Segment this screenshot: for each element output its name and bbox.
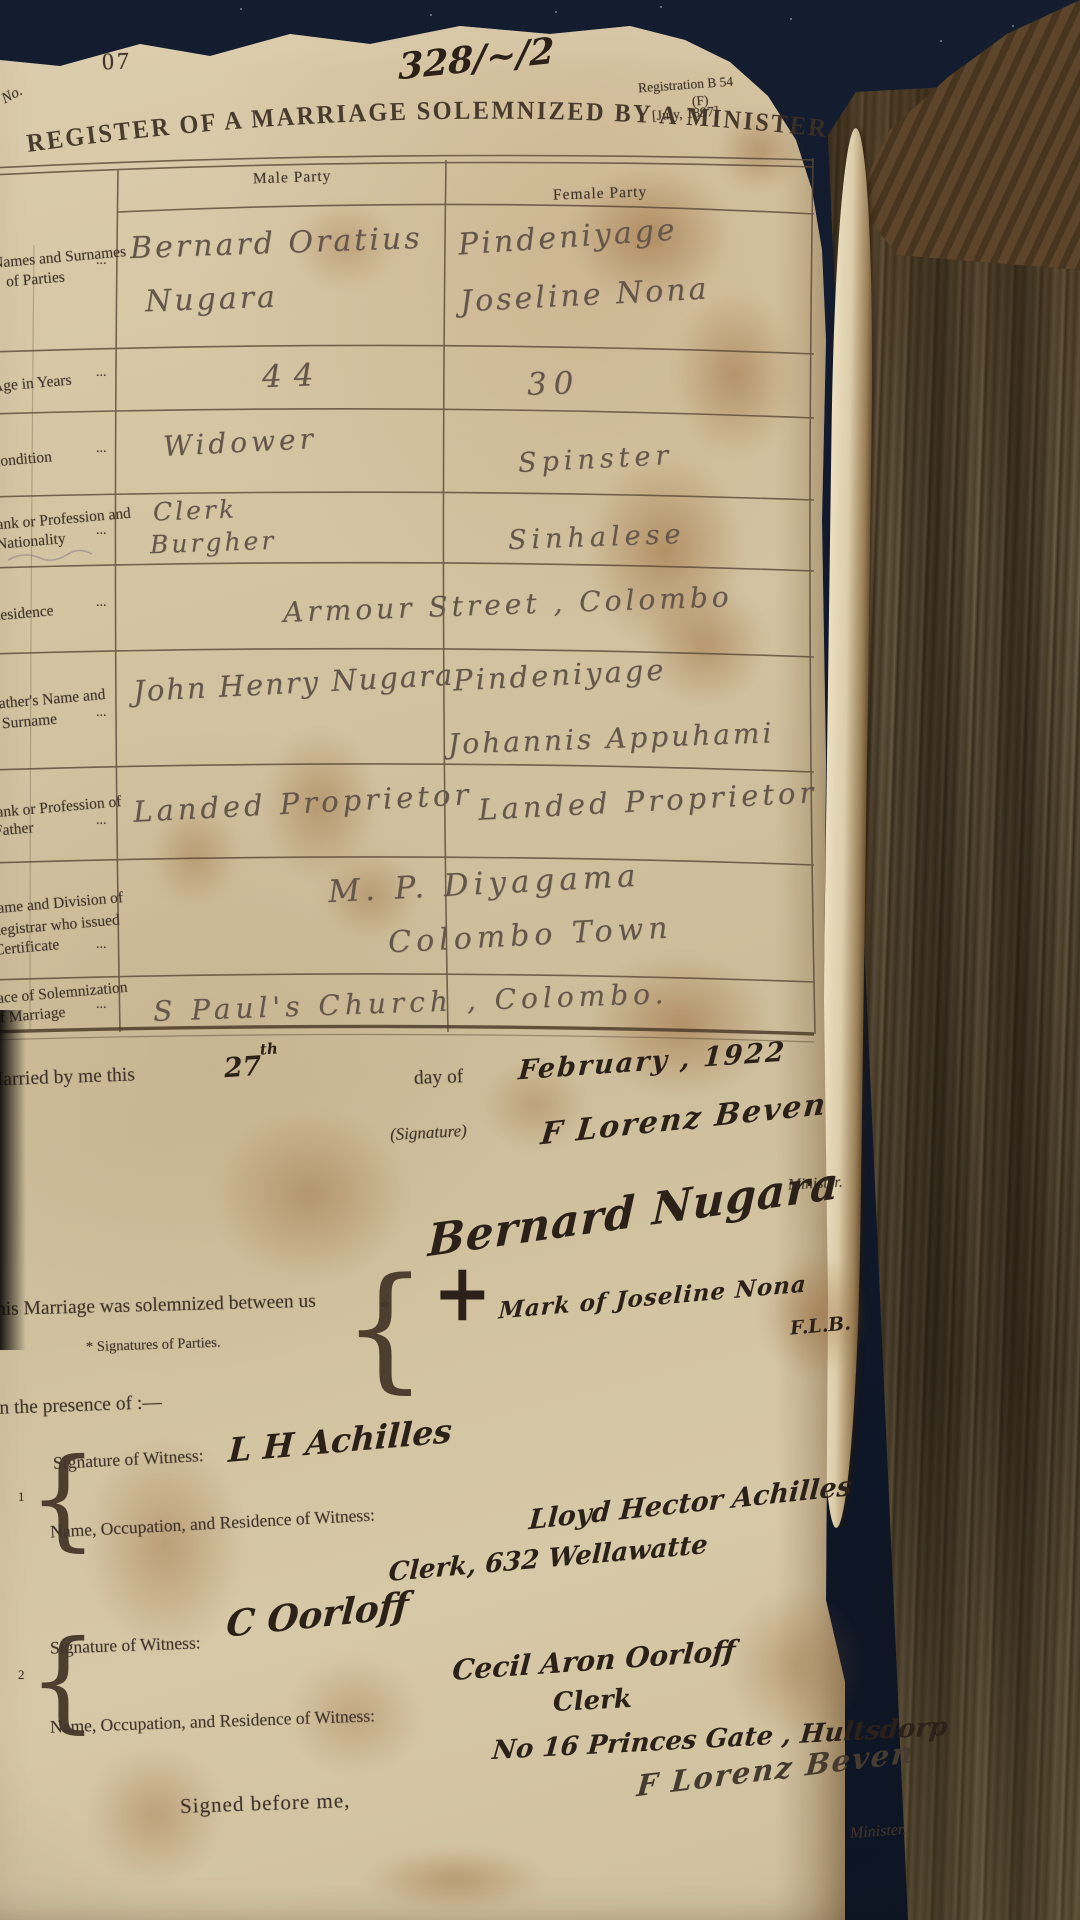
row-label-dots: ...	[96, 814, 107, 829]
dust-speck	[660, 6, 662, 8]
cell-male-name-line2: Nugara	[144, 282, 278, 318]
dust-speck	[430, 14, 432, 16]
cell-male-rank-line2: Burgher	[150, 528, 277, 559]
witness2-details-line1-handwritten: Clerk	[552, 1686, 632, 1718]
cell-female-nationality: Sinhalese	[508, 521, 686, 556]
witness1-number: 1	[18, 1490, 25, 1504]
witness2-number: 2	[18, 1668, 25, 1682]
book-cover-torn-corner	[855, 0, 1080, 270]
row-label-dots: ...	[96, 254, 107, 269]
parties-brace: {	[342, 1248, 428, 1408]
gutter-shadow	[0, 1010, 26, 1350]
column-header-male-party: Male Party	[253, 169, 332, 188]
day-suffix-handwritten: th	[259, 1041, 278, 1058]
bride-mark-cross: +	[433, 1250, 492, 1335]
cell-male-condition: Widower	[162, 424, 317, 462]
witness1-brace: {	[28, 1428, 98, 1568]
cell-male-rank-line1: Clerk	[153, 497, 238, 526]
dust-speck	[240, 8, 242, 10]
photo-of-marriage-register: REGISTER OF A MARRIAGE SOLEMNIZED BY A M…	[0, 0, 1080, 1920]
dust-speck	[940, 40, 942, 42]
page-number: 07	[102, 49, 133, 75]
row-label-dots: ...	[96, 596, 107, 611]
row-label-dots: ...	[96, 998, 107, 1013]
solemnized-asterisk: *	[380, 1298, 390, 1319]
dust-speck	[555, 11, 557, 13]
column-header-female-party: Female Party	[553, 184, 648, 204]
register-page	[0, 0, 845, 1920]
day-value-handwritten: 27	[223, 1053, 262, 1084]
day-of-text: day of	[414, 1067, 464, 1089]
row-label-dots: ...	[96, 938, 107, 953]
dust-speck	[1012, 25, 1014, 27]
cell-male-age: 44	[261, 359, 326, 394]
row-label-dots: ...	[96, 706, 107, 721]
row-label-dots: ...	[96, 366, 107, 381]
row-label-dots: ...	[96, 524, 107, 539]
dust-speck	[790, 18, 792, 20]
cell-female-age: 30	[526, 367, 581, 402]
bride-mark-initials: F.L.B.	[789, 1313, 851, 1338]
footer-minister-label: Minister.	[849, 1822, 906, 1843]
row-label-dots: ...	[96, 442, 107, 457]
